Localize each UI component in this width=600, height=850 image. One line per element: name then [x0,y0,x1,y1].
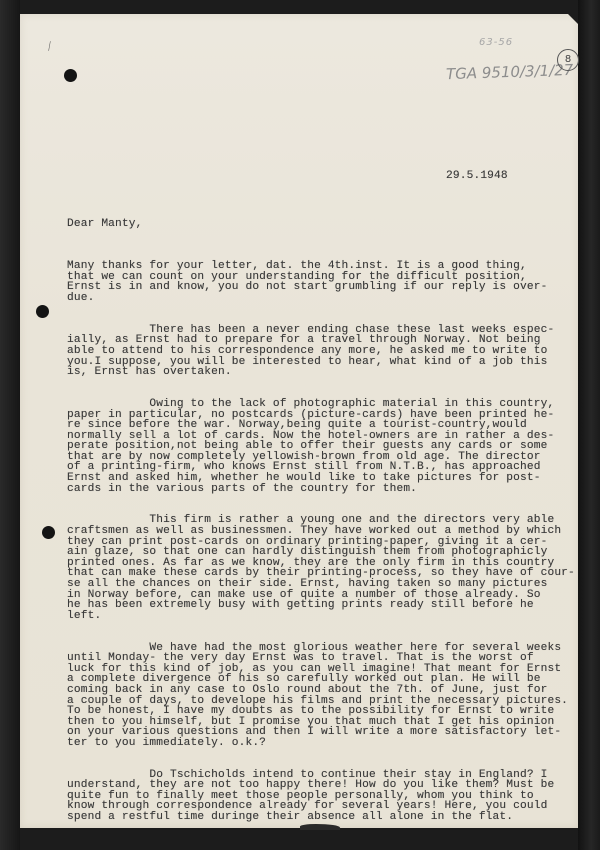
pencil-note: 63-56 [479,37,513,48]
salutation: Dear Manty, [67,219,143,230]
punch-hole-top [64,69,77,82]
archive-reference: TGA 9510/3/1/27 [446,61,574,83]
paragraph: Do Tschicholds intend to continue their … [67,770,575,823]
paragraph: There has been a never ending chase thes… [67,325,575,378]
paragraph: This firm is rather a young one and the … [67,515,575,621]
paragraph: Owing to the lack of photographic materi… [67,399,575,494]
paragraph: We have had the most glorious weather he… [67,643,575,749]
paragraph: Many thanks for your letter, dat. the 4t… [67,261,575,303]
circled-page-number: 8 [557,49,579,71]
staple-mark: ⟋ [44,31,78,63]
paper-tear [300,824,340,830]
punch-hole-bottom [42,526,55,539]
letter-date: 29.5.1948 [446,171,508,182]
punch-hole-middle [36,305,49,318]
scan-background-left [0,0,20,850]
scan-background-right [578,0,600,850]
letter-body: Many thanks for your letter, dat. the 4t… [67,240,575,833]
